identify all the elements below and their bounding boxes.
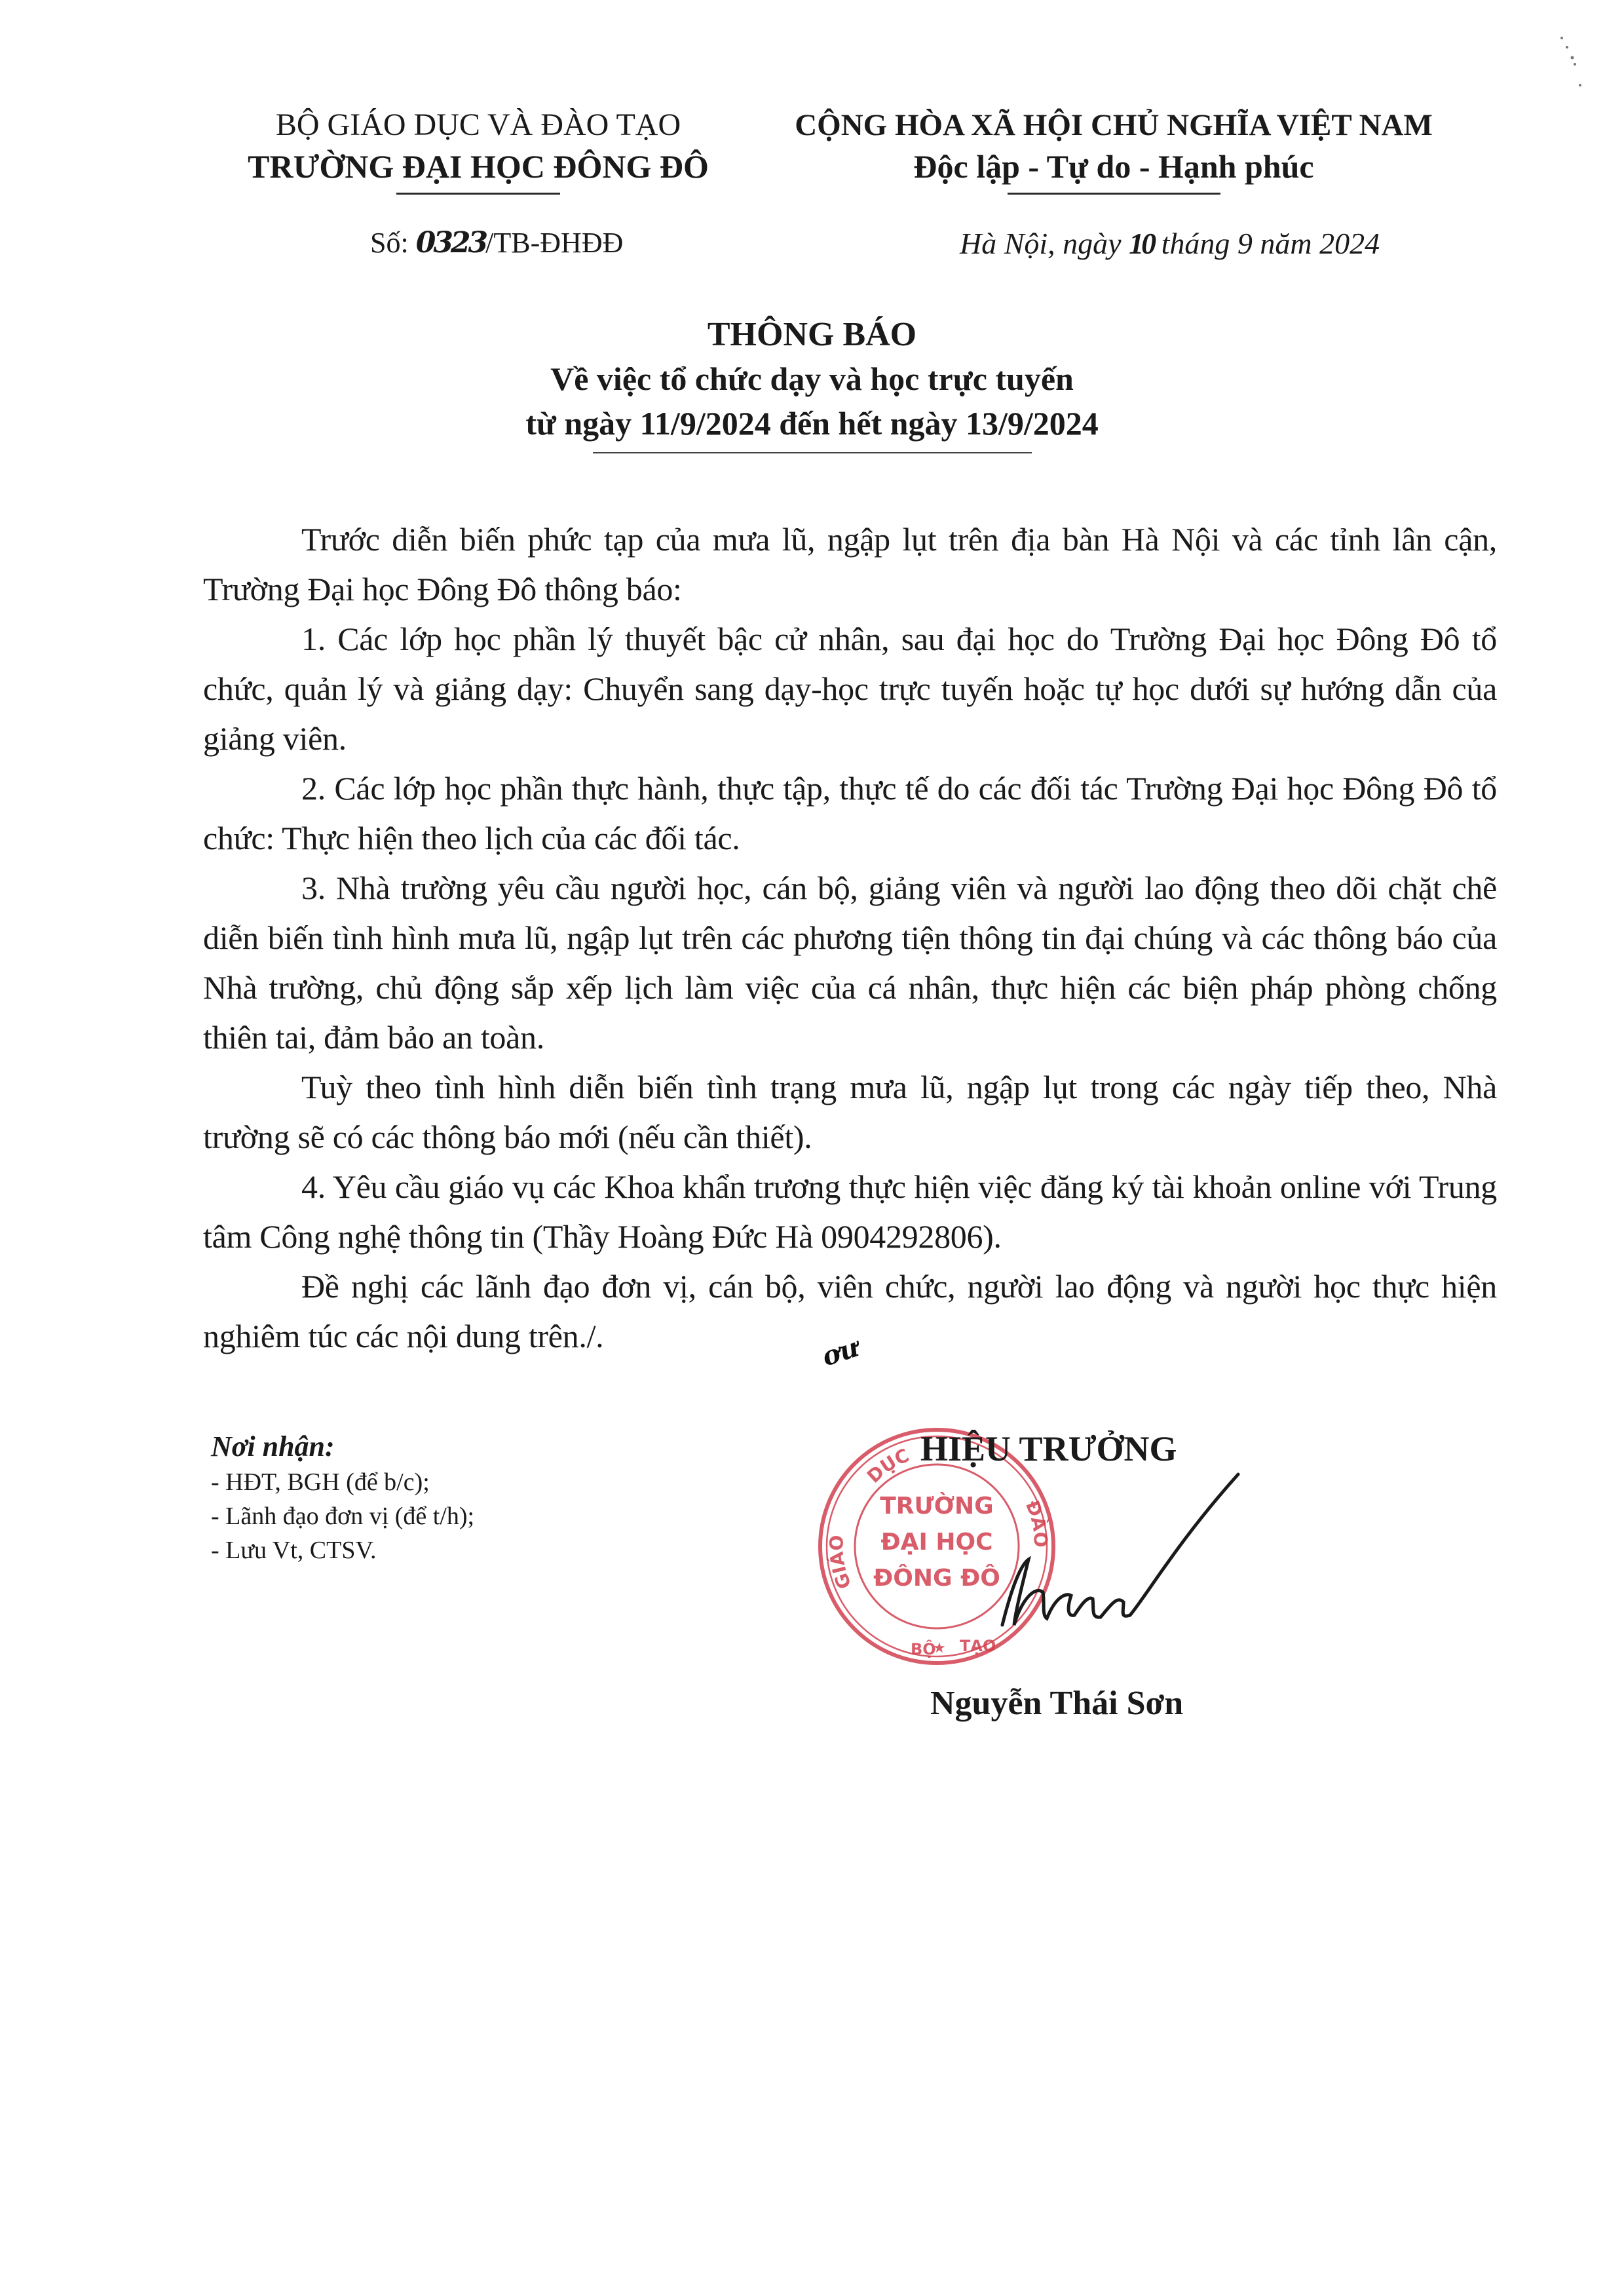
svg-text:TRƯỜNG: TRƯỜNG <box>880 1492 993 1520</box>
header-issuing-body: BỘ GIÁO DỤC VÀ ĐÀO TẠO TRƯỜNG ĐẠI HỌC ĐÔ… <box>197 105 760 195</box>
doc-number-suffix: /TB-ĐHĐĐ <box>485 227 623 259</box>
svg-text:ĐÔNG ĐÔ: ĐÔNG ĐÔ <box>873 1564 1000 1592</box>
stamp-ring-text: TẠO <box>960 1637 996 1655</box>
title-subtitle-2: từ ngày 11/9/2024 đến hết ngày 13/9/2024 <box>0 401 1624 446</box>
date-suffix: tháng 9 năm 2024 <box>1154 227 1380 260</box>
svg-text:GIÁO: GIÁO <box>825 1535 856 1592</box>
svg-text:ĐẠI HỌC: ĐẠI HỌC <box>880 1529 992 1556</box>
stamp-ring-text: BỘ <box>911 1639 936 1658</box>
header-right-underline <box>1008 193 1220 195</box>
recipient-item: - Lưu Vt, CTSV. <box>211 1533 474 1567</box>
institution-name: TRƯỜNG ĐẠI HỌC ĐÔNG ĐÔ <box>197 145 760 187</box>
document-title: THÔNG BÁO Về việc tổ chức dạy và học trự… <box>0 313 1624 453</box>
ministry-name: BỘ GIÁO DỤC VÀ ĐÀO TẠO <box>197 105 760 145</box>
body-paragraph-item-3: 3. Nhà trường yêu cầu người học, cán bộ,… <box>203 863 1497 1062</box>
header-national-motto: CỘNG HÒA XÃ HỘI CHỦ NGHĨA VIỆT NAM Độc l… <box>753 105 1474 195</box>
signature-block: GIÁO DỤC ĐÀO BỘ ★ TẠO TRƯỜNG ĐẠI HỌC ĐÔN… <box>812 1415 1271 1756</box>
doc-number-prefix: Số: <box>370 227 416 259</box>
handwritten-signature-icon <box>983 1468 1258 1638</box>
title-subtitle-1: Về việc tổ chức dạy và học trực tuyến <box>0 356 1624 401</box>
document-body: Trước diễn biến phức tạp của mưa lũ, ngậ… <box>203 514 1497 1361</box>
date-day-handwritten: 10 <box>1129 227 1154 260</box>
scan-artifact-icon <box>1559 33 1585 105</box>
document-number: Số: 0323/TB-ĐHĐĐ <box>370 226 623 259</box>
motto: Độc lập - Tự do - Hạnh phúc <box>753 145 1474 187</box>
body-paragraph-item-1: 1. Các lớp học phần lý thuyết bậc cử nhâ… <box>203 614 1497 763</box>
recipients-label: Nơi nhận: <box>211 1428 474 1465</box>
document-date: Hà Nội, ngày 10 tháng 9 năm 2024 <box>960 226 1380 261</box>
signer-name: Nguyễn Thái Sơn <box>930 1684 1183 1723</box>
recipients-block: Nơi nhận: - HĐT, BGH (để b/c); - Lãnh đạ… <box>211 1428 474 1567</box>
header-left-underline <box>396 193 560 195</box>
title-underline <box>593 452 1032 453</box>
recipient-item: - Lãnh đạo đơn vị (để t/h); <box>211 1499 474 1533</box>
signer-title: HIỆU TRƯỞNG <box>920 1428 1177 1469</box>
stamp-ring-text: GIÁO <box>825 1535 856 1592</box>
doc-number-handwritten: 0323 <box>416 226 485 259</box>
body-paragraph-item-2: 2. Các lớp học phần thực hành, thực tập,… <box>203 763 1497 863</box>
svg-text:★: ★ <box>933 1640 946 1656</box>
body-paragraph-item-4: 4. Yêu cầu giáo vụ các Khoa khẩn trương … <box>203 1162 1497 1261</box>
date-prefix: Hà Nội, ngày <box>960 227 1129 260</box>
national-name: CỘNG HÒA XÃ HỘI CHỦ NGHĨA VIỆT NAM <box>753 105 1474 145</box>
title-main: THÔNG BÁO <box>0 313 1624 356</box>
body-paragraph-note: Tuỳ theo tình hình diễn biến tình trạng … <box>203 1062 1497 1162</box>
recipient-item: - HĐT, BGH (để b/c); <box>211 1465 474 1499</box>
body-paragraph-intro: Trước diễn biến phức tạp của mưa lũ, ngậ… <box>203 514 1497 614</box>
